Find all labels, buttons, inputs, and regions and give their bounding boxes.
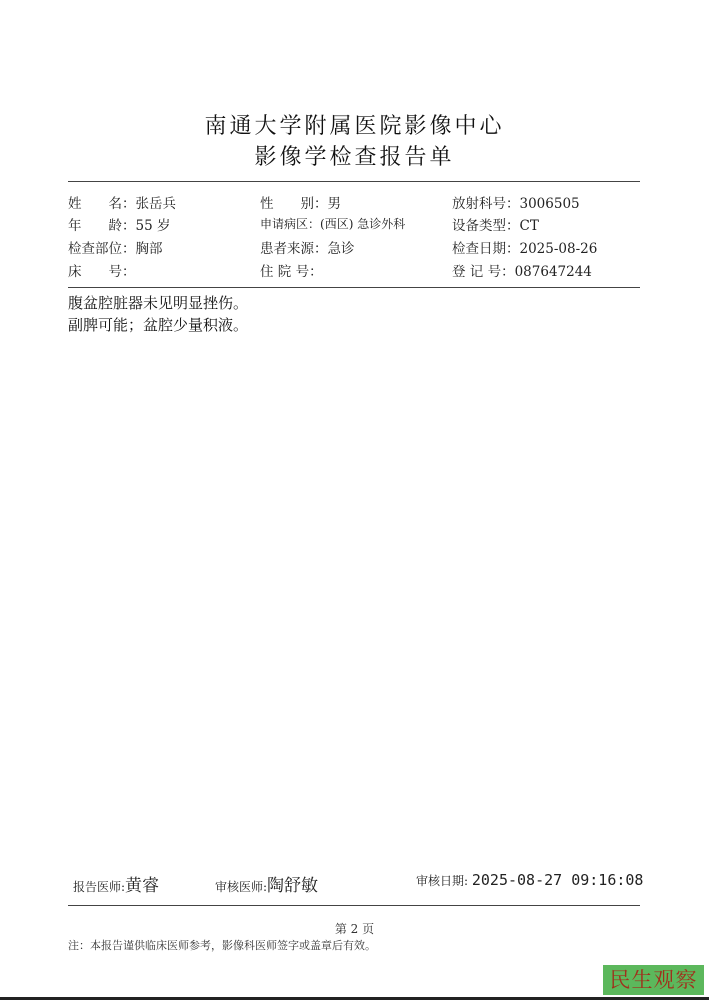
bed-label: 床 号：: [68, 260, 136, 280]
ward-label: 申请病区：: [260, 215, 320, 232]
gender-value: 男: [328, 196, 342, 212]
name-label: 姓 名：: [68, 192, 136, 212]
inpatient-field: 住 院 号：: [260, 260, 323, 280]
disclaimer-note: 注：本报告谨供临床医师参考，影像科医师签字或盖章后有效。: [68, 937, 376, 953]
info-divider: [68, 287, 640, 288]
name-value: 张岳兵: [136, 196, 177, 212]
reviewer-label: 审核医师:: [215, 880, 267, 894]
ward-value: (西区) 急诊外科: [320, 217, 405, 231]
exam-date-value: 2025-08-26: [520, 241, 598, 257]
device-field: 设备类型：CT: [452, 214, 539, 234]
exam-date-field: 检查日期：2025-08-26: [452, 237, 597, 257]
header-divider: [68, 181, 640, 182]
source-field: 患者来源：急诊: [260, 237, 355, 257]
report-title: 影像学检查报告单: [0, 140, 709, 171]
name-field: 姓 名：张岳兵: [68, 192, 176, 212]
age-label: 年 龄：: [68, 214, 136, 234]
reporter-field: 报告医师:黄睿: [73, 871, 159, 896]
source-label: 患者来源：: [260, 237, 328, 257]
finding-line: 腹盆腔脏器未见明显挫伤。: [68, 292, 248, 313]
hospital-name: 南通大学附属医院影像中心: [0, 109, 709, 140]
register-label: 登 记 号：: [452, 260, 515, 280]
radiology-no-label: 放射科号：: [452, 192, 520, 212]
gender-label: 性 别：: [260, 192, 328, 212]
exam-date-label: 检查日期：: [452, 237, 520, 257]
watermark-badge: 民生观察: [603, 965, 704, 995]
exam-part-field: 检查部位：胸部: [68, 237, 163, 257]
gender-field: 性 别：男: [260, 192, 341, 212]
radiology-no-field: 放射科号：3006505: [452, 192, 580, 212]
reviewer-name: 陶舒敏: [267, 876, 318, 896]
inpatient-label: 住 院 号：: [260, 260, 323, 280]
review-date-label: 审核日期:: [416, 874, 468, 888]
page-number: 第 2 页: [0, 920, 709, 937]
register-value: 087647244: [515, 264, 592, 280]
device-value: CT: [520, 218, 539, 234]
review-date-field: 审核日期: 2025-08-27 09:16:08: [416, 871, 643, 889]
ward-field: 申请病区：(西区) 急诊外科: [260, 215, 405, 232]
reporter-label: 报告医师:: [73, 880, 125, 894]
device-label: 设备类型：: [452, 214, 520, 234]
age-field: 年 龄：55 岁: [68, 214, 170, 234]
review-date-value: 2025-08-27 09:16:08: [472, 871, 644, 889]
register-field: 登 记 号：087647244: [452, 260, 592, 280]
finding-line: 副脾可能；盆腔少量积液。: [68, 314, 248, 335]
reviewer-field: 审核医师:陶舒敏: [215, 871, 318, 896]
bed-field: 床 号：: [68, 260, 136, 280]
reporter-name: 黄睿: [125, 876, 159, 896]
exam-part-value: 胸部: [136, 241, 163, 257]
source-value: 急诊: [328, 241, 355, 257]
radiology-no-value: 3006505: [520, 196, 580, 212]
age-value: 55 岁: [136, 218, 171, 234]
exam-part-label: 检查部位：: [68, 237, 136, 257]
footer-divider: [68, 905, 640, 906]
